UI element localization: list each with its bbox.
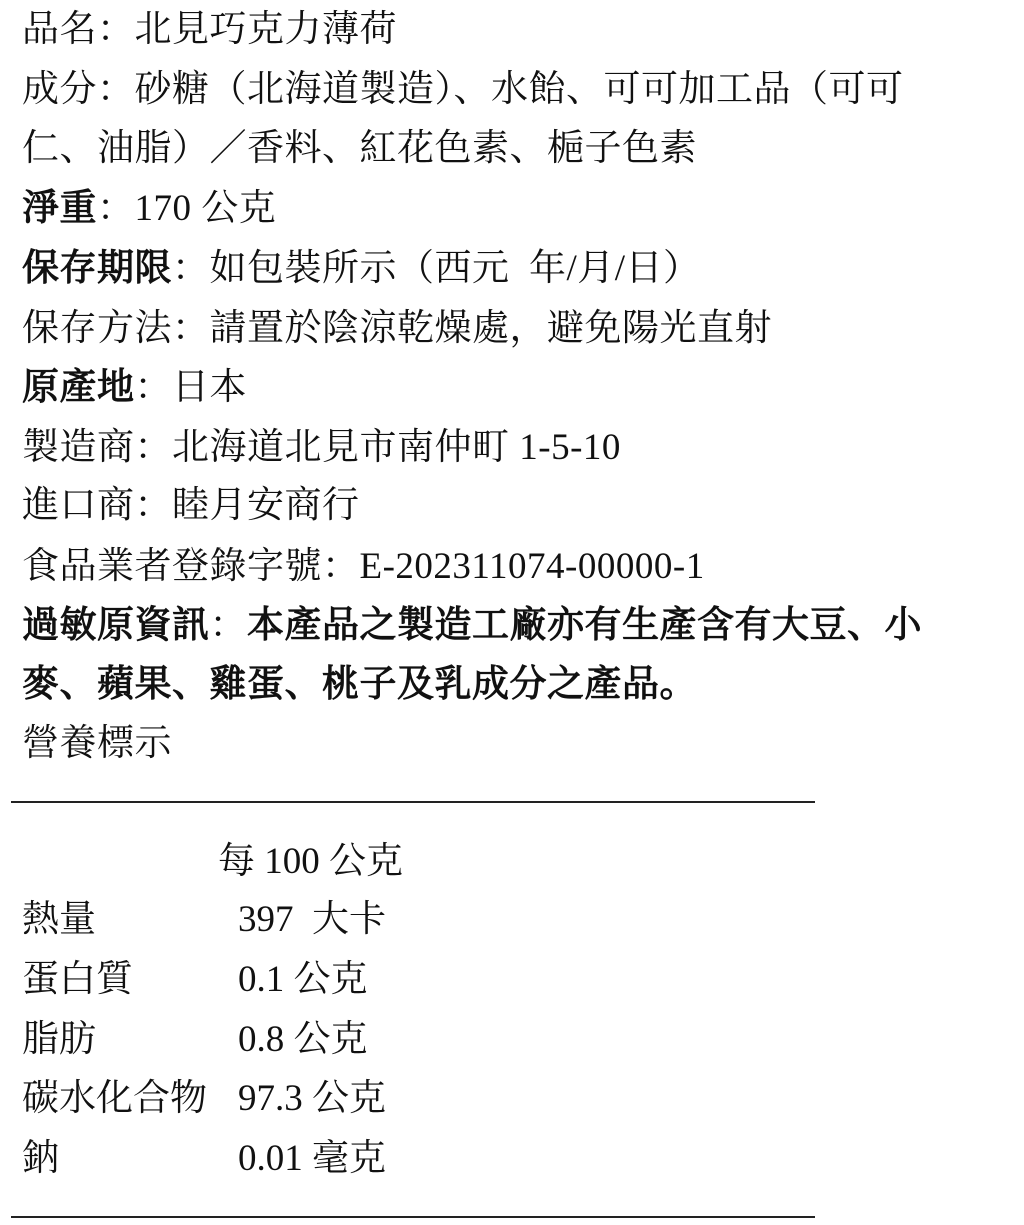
manufacturer-row: 製造商：北海道北見市南仲町 1-5-10 bbox=[22, 426, 621, 470]
nutrient-name: 鈉 bbox=[22, 1137, 59, 1181]
product-name-row: 品名：北見巧克力薄荷 bbox=[22, 8, 397, 52]
net-weight-value: 170 公克 bbox=[135, 188, 277, 229]
origin-value: 日本 bbox=[172, 367, 247, 408]
allergen-row-cont: 麥、蘋果、雞蛋、桃子及乳成分之產品。 bbox=[22, 663, 697, 707]
registration-value: E-202311074-00000-1 bbox=[360, 546, 705, 587]
registration-key: 食品業者登錄字號： bbox=[22, 546, 360, 587]
importer-row: 進口商：睦月安商行 bbox=[22, 484, 360, 528]
product-name-key: 品名： bbox=[22, 9, 135, 50]
nutrient-name: 熱量 bbox=[22, 898, 96, 942]
nutrient-value: 0.8 公克 bbox=[238, 1018, 368, 1062]
product-name-value: 北見巧克力薄荷 bbox=[135, 9, 398, 50]
nutrient-value: 0.1 公克 bbox=[238, 958, 368, 1002]
manufacturer-key: 製造商： bbox=[22, 427, 172, 468]
ingredients-value-line2: 仁、油脂）／香料、紅花色素、梔子色素 bbox=[22, 128, 697, 169]
nutrient-value: 397 大卡 bbox=[238, 898, 386, 942]
net-weight-key: 淨重 bbox=[22, 188, 97, 229]
storage-row: 保存方法：請置於陰涼乾燥處，避免陽光直射 bbox=[22, 307, 772, 351]
nutrition-title-text: 營養標示 bbox=[22, 723, 172, 764]
nutrition-title: 營養標示 bbox=[22, 722, 172, 766]
manufacturer-value: 北海道北見市南仲町 1-5-10 bbox=[172, 427, 621, 468]
ingredients-row-cont: 仁、油脂）／香料、紅花色素、梔子色素 bbox=[22, 127, 697, 171]
nutrient-name: 碳水化合物 bbox=[22, 1077, 207, 1121]
storage-key: 保存方法： bbox=[22, 308, 210, 349]
nutrient-value: 97.3 公克 bbox=[238, 1077, 386, 1121]
nutrient-name: 蛋白質 bbox=[22, 958, 133, 1002]
allergen-key: 過敏原資訊 bbox=[22, 605, 210, 646]
expiry-row: 保存期限：如包裝所示（西元 年/月/日） bbox=[22, 247, 701, 291]
importer-value: 睦月安商行 bbox=[172, 485, 360, 526]
nutrition-per-header: 每 100 公克 bbox=[218, 840, 403, 884]
allergen-sep: ： bbox=[210, 605, 248, 646]
expiry-sep: ： bbox=[172, 248, 210, 289]
net-weight-sep: ： bbox=[97, 188, 135, 229]
registration-row: 食品業者登錄字號：E-202311074-00000-1 bbox=[22, 545, 705, 589]
expiry-key: 保存期限 bbox=[22, 248, 172, 289]
origin-key: 原產地 bbox=[22, 367, 135, 408]
nutrient-name: 脂肪 bbox=[22, 1018, 96, 1062]
divider-top bbox=[11, 801, 815, 803]
origin-row: 原產地：日本 bbox=[22, 366, 247, 410]
nutrient-value: 0.01 毫克 bbox=[238, 1137, 386, 1181]
net-weight-row: 淨重：170 公克 bbox=[22, 187, 276, 231]
allergen-value-line1: 本產品之製造工廠亦有生產含有大豆、小 bbox=[247, 605, 922, 646]
origin-sep: ： bbox=[135, 367, 173, 408]
divider-bottom bbox=[11, 1216, 815, 1218]
ingredients-key: 成分： bbox=[22, 69, 135, 110]
expiry-value: 如包裝所示（西元 年/月/日） bbox=[210, 248, 701, 289]
ingredients-value-line1: 砂糖（北海道製造）、水飴、可可加工品（可可 bbox=[135, 69, 904, 110]
allergen-row: 過敏原資訊：本產品之製造工廠亦有生產含有大豆、小 bbox=[22, 604, 922, 648]
allergen-value-line2: 麥、蘋果、雞蛋、桃子及乳成分之產品。 bbox=[22, 664, 697, 705]
storage-value: 請置於陰涼乾燥處，避免陽光直射 bbox=[210, 308, 773, 349]
importer-key: 進口商： bbox=[22, 485, 172, 526]
ingredients-row: 成分：砂糖（北海道製造）、水飴、可可加工品（可可 bbox=[22, 68, 904, 112]
